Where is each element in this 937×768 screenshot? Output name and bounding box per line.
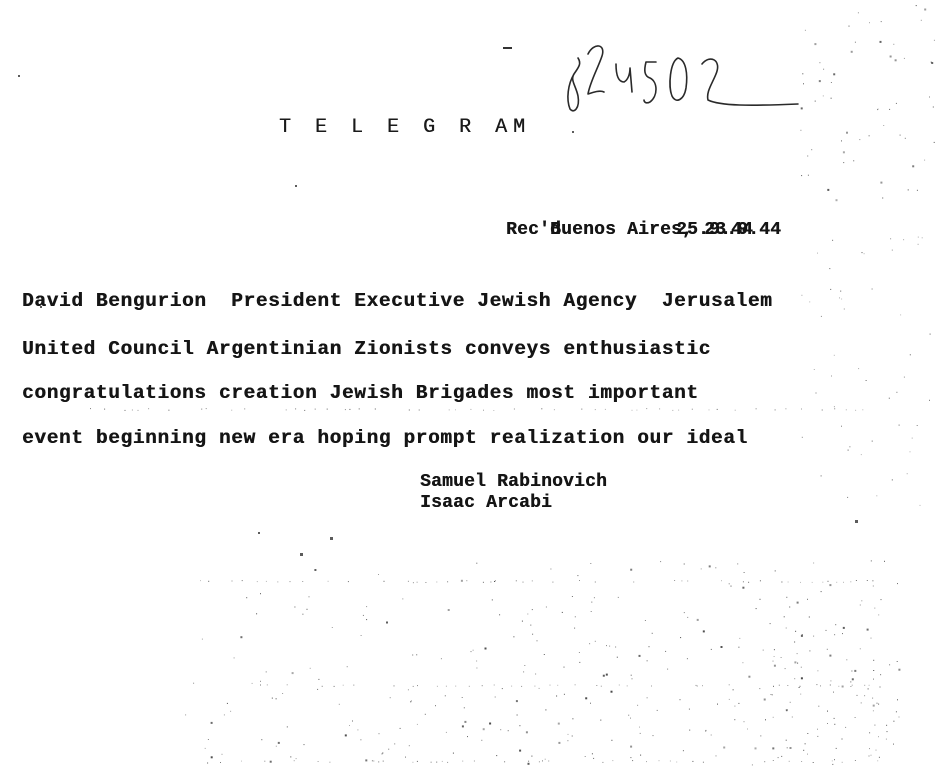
origin-place: Buenos Aires, bbox=[550, 220, 693, 240]
signatory: Isaac Arcabi bbox=[420, 493, 552, 513]
message-line: event beginning new era hoping prompt re… bbox=[22, 427, 748, 449]
handwritten-reference-number bbox=[560, 34, 810, 124]
message-line: United Council Argentinian Zionists conv… bbox=[22, 338, 711, 360]
telegram-heading: T E L E G R AM bbox=[279, 116, 531, 139]
pen-mark bbox=[503, 47, 512, 49]
message-line: congratulations creation Jewish Brigades… bbox=[22, 382, 699, 404]
received-date: 25.9.44 bbox=[676, 220, 753, 240]
telegram-page: T E L E G R AM Buenos Aires, 23.9.44 Rec… bbox=[0, 0, 937, 768]
handwritten-number-icon bbox=[560, 34, 810, 124]
message-line-addressee: David Bengurion President Executive Jewi… bbox=[22, 290, 772, 312]
received-label: Rec'd bbox=[506, 220, 561, 240]
signatory: Samuel Rabinovich bbox=[420, 472, 607, 492]
